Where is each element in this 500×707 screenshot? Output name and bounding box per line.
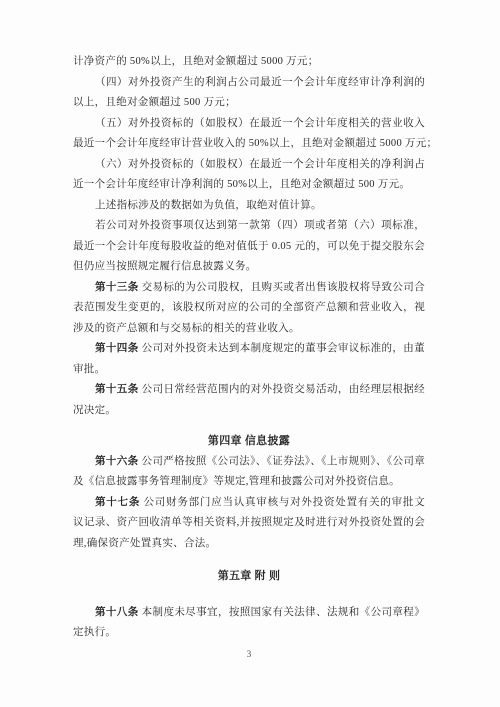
chapter-heading: 第四章 信息披露 (73, 431, 425, 452)
text-line: 近一个会计年度经审计净利润的 50%以上，且绝对金额超过 500 万元。 (73, 175, 425, 196)
text-line: 但仍应当按照规定履行信息披露义务。 (73, 257, 425, 278)
chapter-heading: 第五章 附 则 (73, 566, 425, 587)
article-number: 第十四条 (95, 343, 139, 354)
text-line: 第十三条 交易标的为公司股权，且购买或者出售该股权将导致公司合并报 (73, 278, 425, 299)
text-line: 第十六条 公司严格按照《公司法》、《证券法》、《上市规则》、《公司章程》 (73, 452, 425, 473)
text-line: 第十八条 本制度未尽事宜，按照国家有关法律、法规和《公司章程》的规 (73, 603, 425, 624)
text-line: （四）对外投资产生的利润占公司最近一个会计年度经审计净利润的 50% (73, 73, 425, 94)
article-number: 第十五条 (95, 384, 139, 395)
text-line: 议记录、资产回收清单等相关资料,并按照规定及时进行对外投资处置的会计处 (73, 513, 425, 534)
text-line: （六）对外投资标的（如股权）在最近一个会计年度相关的净利润占公司最 (73, 155, 425, 176)
text-line: 涉及的资产总额和与交易标的相关的营业收入。 (73, 319, 425, 340)
page-number: 3 (73, 644, 425, 664)
text-line: 以上，且绝对金额超过 500 万元； (73, 93, 425, 114)
document-page: 计净资产的 50%以上，且绝对金额超过 5000 万元；（四）对外投资产生的利润… (0, 0, 500, 707)
text-line: 及《信息披露事务管理制度》等规定,管理和披露公司对外投资信息。 (73, 472, 425, 493)
text-line: 表范围发生变更的，该股权所对应的公司的全部资产总额和营业收入，视为交易 (73, 298, 425, 319)
text-line: 定执行。 (73, 623, 425, 644)
article-number: 第十三条 (95, 282, 139, 293)
text-line: 理,确保资产处置真实、合法。 (73, 534, 425, 555)
text-line: 第十四条 公司对外投资未达到本制度规定的董事会审议标准的，由董事长 (73, 339, 425, 360)
text-line: 上述指标涉及的数据如为负值，取绝对值计算。 (73, 196, 425, 217)
text-line: 审批。 (73, 360, 425, 381)
text-lines: 计净资产的 50%以上，且绝对金额超过 5000 万元；（四）对外投资产生的利润… (73, 52, 425, 644)
article-number: 第十七条 (95, 497, 140, 508)
text-line: 计净资产的 50%以上，且绝对金额超过 5000 万元； (73, 52, 425, 73)
text-line: 最近一个会计年度经审计营业收入的 50%以上，且绝对金额超过 5000 万元； (73, 134, 425, 155)
text-line: 第十五条 公司日常经营范围内的对外投资交易活动，由经理层根据经营情 (73, 380, 425, 401)
text-line: （五）对外投资标的（如股权）在最近一个会计年度相关的营业收入占公司 (73, 114, 425, 135)
text-line: 若公司对外投资事项仅达到第一款第（四）项或者第（六）项标准，且公司 (73, 216, 425, 237)
text-line: 第十七条 公司财务部门应当认真审核与对外投资处置有关的审批文件、会 (73, 493, 425, 514)
article-number: 第十六条 (95, 456, 138, 467)
text-line: 况决定。 (73, 401, 425, 422)
text-line: 最近一个会计年度每股收益的绝对值低于 0.05 元的，可以免于提交股东会审议， (73, 237, 425, 258)
article-number: 第十八条 (95, 607, 139, 618)
